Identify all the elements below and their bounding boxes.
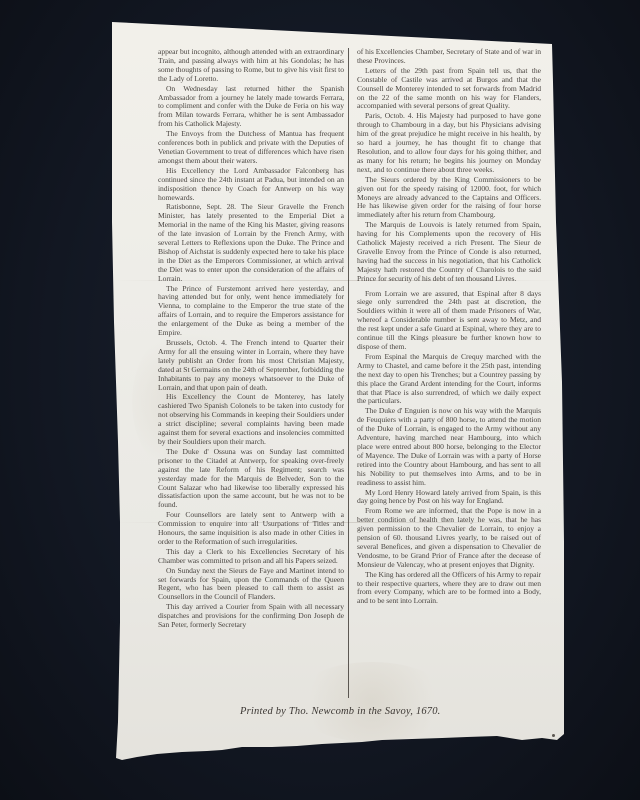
paragraph: appear but incognito, although attended … — [158, 48, 344, 84]
paragraph: The Envoys from the Dutchess of Mantua h… — [158, 130, 344, 166]
paragraph: Letters of the 29th past from Spain tell… — [357, 67, 541, 112]
colophon-prefix: Printed by — [240, 706, 286, 717]
paragraph: Paris, Octob. 4. His Majesty had purpose… — [357, 112, 541, 174]
paragraph: The Prince of Furstemont arrived here ye… — [158, 285, 344, 338]
paragraph: Brussels, Octob. 4. The French intend to… — [158, 339, 344, 392]
paragraph: His Excellency the Count de Monterey, ha… — [158, 393, 344, 446]
colophon-suffix: in the Savoy, 1670. — [357, 706, 440, 717]
paragraph: On Sunday next the Sieurs de Faye and Ma… — [158, 567, 344, 603]
printer-name: Tho. Newcomb — [289, 706, 354, 717]
punch-mark — [552, 734, 555, 737]
paragraph: The Marquis de Louvois is lately returne… — [357, 221, 541, 283]
paragraph: The Sieurs ordered by the King Commissio… — [357, 176, 541, 221]
text-column-left: appear but incognito, although attended … — [158, 48, 344, 630]
paragraph: My Lord Henry Howard lately arrived from… — [357, 489, 541, 507]
paragraph: The Duke d' Ossuna was on Sunday last co… — [158, 448, 344, 510]
paragraph: From Rome we are informed, that the Pope… — [357, 507, 541, 569]
colophon: Printed by Tho. Newcomb in the Savoy, 16… — [240, 706, 540, 717]
text-column-right: of his Excellencies Chamber, Secretary o… — [357, 48, 541, 606]
column-rule — [348, 48, 349, 698]
paragraph: This day a Clerk to his Excellencies Sec… — [158, 548, 344, 566]
paragraph: This day arrived a Courier from Spain wi… — [158, 603, 344, 630]
paragraph: of his Excellencies Chamber, Secretary o… — [357, 48, 541, 66]
paragraph: Ratisbonne, Sept. 28. The Sieur Gravelle… — [158, 203, 344, 283]
paragraph: His Excellency the Lord Ambassador Falco… — [158, 167, 344, 203]
paragraph: On Wednesday last returned hither the Sp… — [158, 85, 344, 130]
paragraph: From Espinal the Marquis de Crequy march… — [357, 353, 541, 406]
paragraph: From Lorrain we are assured, that Espina… — [357, 290, 541, 352]
paragraph: The Duke d' Enguien is now on his way wi… — [357, 407, 541, 487]
paragraph: Four Counsellors are lately sent to Antw… — [158, 511, 344, 547]
paper-stain — [292, 662, 452, 742]
paragraph: The King has ordered all the Officers of… — [357, 571, 541, 607]
